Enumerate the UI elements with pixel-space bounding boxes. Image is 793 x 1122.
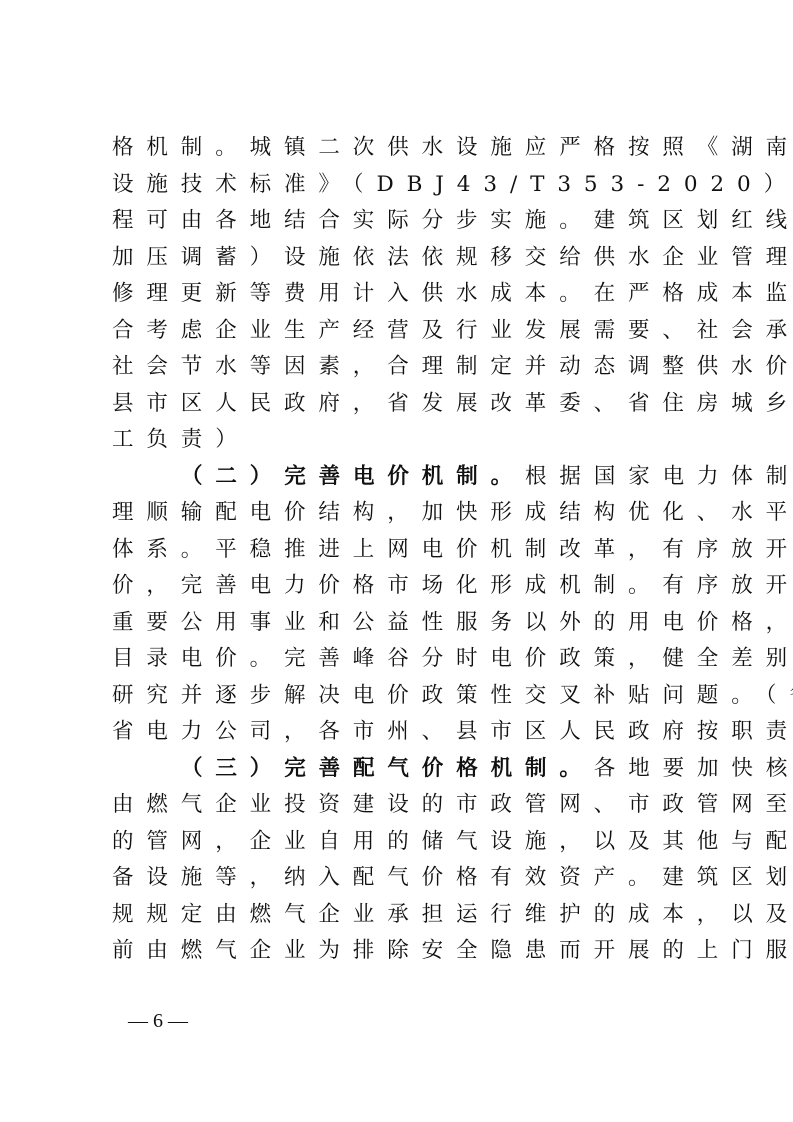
section-2-first-line: （二）完善电价机制。根据国家电力体制改革要求，逐步 bbox=[112, 459, 702, 496]
text-line: 规规定由燃气企业承担运行维护的成本，以及燃气表后至燃具 bbox=[112, 897, 702, 934]
text-line: 程可由各地结合实际分步实施。建筑区划红线内供水（含二次 bbox=[112, 203, 702, 240]
text-line: 加压调蓄）设施依法依规移交给供水企业管理的，其运行维护、 bbox=[112, 240, 702, 277]
text-line: 工负责） bbox=[112, 422, 702, 459]
text-line: 合考虑企业生产经营及行业发展需要、社会承受能力、促进全 bbox=[112, 313, 702, 350]
text-line: 理顺输配电价结构，加快形成结构优化、水平合理的输配电价 bbox=[112, 495, 702, 532]
text-line: 由燃气企业投资建设的市政管网、市政管网至建筑区划红线外 bbox=[112, 787, 702, 824]
text-line: 设施技术标准》（DBJ43/T353-2020）进行建设和改造，改造工 bbox=[112, 167, 702, 204]
text-line: 体系。平稳推进上网电价机制改革，有序放开各类电源上网电 bbox=[112, 532, 702, 569]
text-line: 重要公用事业和公益性服务以外的用电价格，逐步取消工商业 bbox=[112, 605, 702, 642]
body-text: 格机制。城镇二次供水设施应严格按照《湖南省城镇二次供水 设施技术标准》（DBJ4… bbox=[112, 130, 702, 970]
section-3-heading: （三）完善配气价格机制。 bbox=[181, 756, 594, 781]
section-2-text: 根据国家电力体制改革要求，逐步 bbox=[525, 464, 793, 489]
document-page: 格机制。城镇二次供水设施应严格按照《湖南省城镇二次供水 设施技术标准》（DBJ4… bbox=[0, 0, 793, 1122]
text-line: 修理更新等费用计入供水成本。在严格成本监审的基础上，综 bbox=[112, 276, 702, 313]
text-line: 价，完善电力价格市场化形成机制。有序放开除居民、农业、 bbox=[112, 568, 702, 605]
text-line: 研究并逐步解决电价政策性交叉补贴问题。（省发展改革委， bbox=[112, 678, 702, 715]
text-line: 社会节水等因素，合理制定并动态调整供水价格。（各市州、 bbox=[112, 349, 702, 386]
section-2-heading: （二）完善电价机制。 bbox=[181, 464, 525, 489]
section-3-first-line: （三）完善配气价格机制。各地要加快核定独立配气价格， bbox=[112, 751, 702, 788]
text-line: 县市区人民政府，省发展改革委、省住房城乡建设厅按职责分 bbox=[112, 386, 702, 423]
section-3-text: 各地要加快核定独立配气价格， bbox=[594, 756, 793, 781]
text-line: 前由燃气企业为排除安全隐患而开展的上门服务、安全检查、 bbox=[112, 933, 702, 970]
text-line: 备设施等，纳入配气价格有效资产。建筑区划红线内按法律法 bbox=[112, 860, 702, 897]
text-line: 目录电价。完善峰谷分时电价政策，健全差别电价机制。深入 bbox=[112, 641, 702, 678]
text-line: 的管网，企业自用的储气设施，以及其他与配气业务相关的设 bbox=[112, 824, 702, 861]
text-line: 格机制。城镇二次供水设施应严格按照《湖南省城镇二次供水 bbox=[112, 130, 702, 167]
page-number: — 6 — bbox=[128, 1010, 188, 1033]
text-line: 省电力公司，各市州、县市区人民政府按职责分工负责） bbox=[112, 714, 702, 751]
